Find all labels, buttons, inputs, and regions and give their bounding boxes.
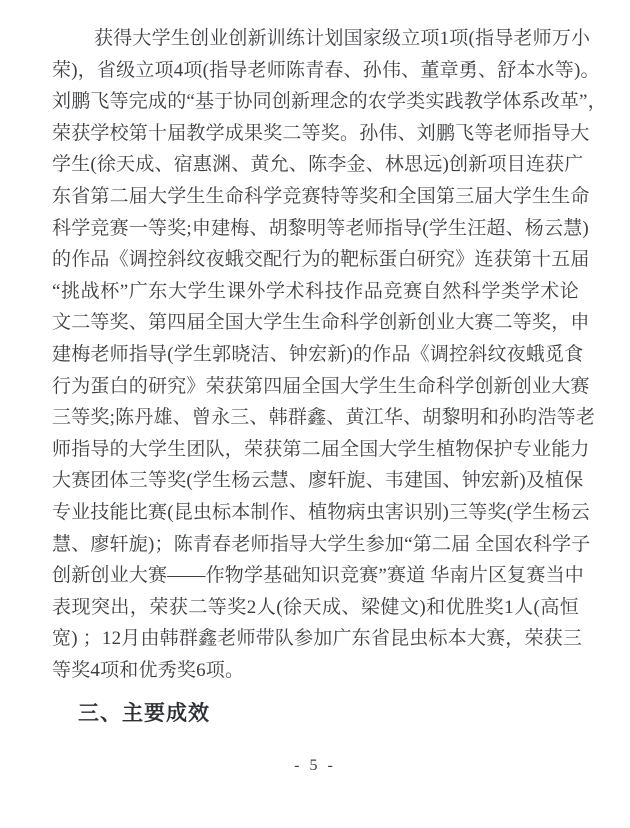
page-number: - 5 - — [0, 757, 630, 775]
section-heading: 三、主要成效 — [52, 699, 579, 729]
body-line: 学生(徐天成、宿惠渊、黄允、陈李金、林思远)创新项目连获广 — [52, 149, 579, 181]
body-line: 行为蛋白的研究》荣获第四届全国大学生生命科学创新创业大赛 — [52, 371, 579, 403]
body-line: 科学竞赛一等奖;申建梅、胡黎明等老师指导(学生汪超、杨云慧) — [52, 213, 579, 245]
body-line: 的作品《调控斜纹夜蛾交配行为的靶标蛋白研究》连获第十五届 — [52, 244, 579, 276]
body-line: 慧、廖轩旎)；陈青春老师指导大学生参加“第二届 全国农科学子 — [52, 529, 579, 561]
body-line: 表现突出，荣获二等奖2人(徐天成、梁健文)和优胜奖1人(高恒 — [52, 592, 579, 624]
body-line: 建梅老师指导(学生郭晓洁、钟宏新)的作品《调控斜纹夜蛾觅食 — [52, 339, 579, 371]
body-line: 宽) ；12月由韩群鑫老师带队参加广东省昆虫标本大赛，荣获三 — [52, 623, 579, 655]
body-line: 创新创业大赛——作物学基础知识竞赛”赛道 华南片区复赛当中 — [52, 560, 579, 592]
body-line: 刘鹏飞等完成的“基于协同创新理念的农学类实践教学体系改革”， — [52, 86, 579, 118]
body-line: 大赛团体三等奖(学生杨云慧、廖轩旎、韦建国、钟宏新)及植保 — [52, 465, 579, 497]
body-line: 三等奖;陈丹雄、曾永三、韩群鑫、黄江华、胡黎明和孙昀浩等老 — [52, 402, 579, 434]
body-line: 等奖4项和优秀奖6项。 — [52, 655, 579, 687]
body-paragraph: 获得大学生创业创新训练计划国家级立项1项(指导老师万小 荣)，省级立项4项(指导… — [52, 23, 579, 729]
body-line: 荣)，省级立项4项(指导老师陈青春、孙伟、董章勇、舒本水等)。 — [52, 55, 579, 87]
body-line: 东省第二届大学生生命科学竞赛特等奖和全国第三届大学生生命 — [52, 181, 579, 213]
body-line: “挑战杯”广东大学生课外学术科技作品竞赛自然科学类学术论 — [52, 276, 579, 308]
body-line: 文二等奖、第四届全国大学生生命科学创新创业大赛二等奖，申 — [52, 307, 579, 339]
body-line: 荣获学校第十届教学成果奖二等奖。孙伟、刘鹏飞等老师指导大 — [52, 118, 579, 150]
body-line: 师指导的大学生团队，荣获第二届全国大学生植物保护专业能力 — [52, 434, 579, 466]
body-line: 专业技能比赛(昆虫标本制作、植物病虫害识别)三等奖(学生杨云 — [52, 497, 579, 529]
body-line: 获得大学生创业创新训练计划国家级立项1项(指导老师万小 — [52, 23, 579, 55]
document-page: 获得大学生创业创新训练计划国家级立项1项(指导老师万小 荣)，省级立项4项(指导… — [0, 0, 630, 828]
